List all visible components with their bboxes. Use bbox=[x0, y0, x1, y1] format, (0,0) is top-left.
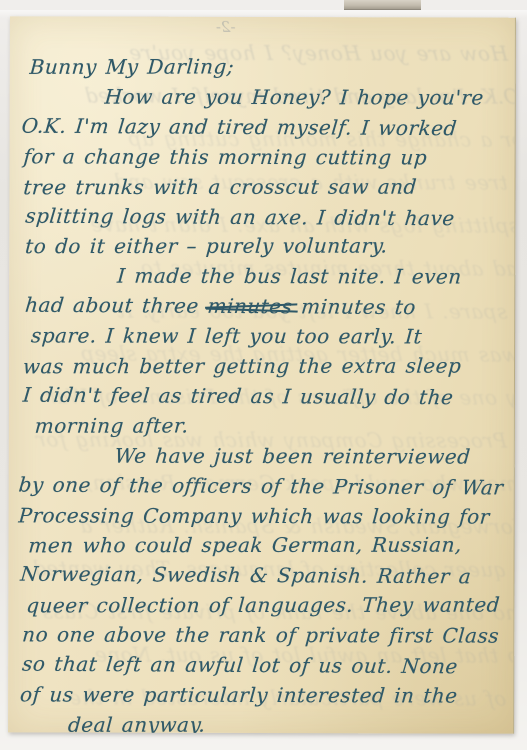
letter-line: We have just been reinterviewed bbox=[114, 443, 472, 468]
letter-line: for a change this morning cutting up bbox=[23, 144, 428, 169]
letter-line: queer collection of languages. They want… bbox=[26, 593, 501, 618]
letter-line: O.K. I'm lazy and tired myself. I worked bbox=[21, 113, 458, 140]
scan-background: How are you Honey? I hope you'reO.K. I'm… bbox=[0, 0, 527, 750]
letter-line: no one above the rank of private first C… bbox=[21, 622, 500, 647]
letter-line: had about three minutes minutes to bbox=[24, 293, 417, 319]
letter-line: deal anyway. bbox=[67, 712, 206, 733]
letter-line: to do it either – purely voluntary. bbox=[24, 234, 388, 259]
letter-line: of us were particularly interested in th… bbox=[19, 682, 458, 707]
letter-paper: How are you Honey? I hope you'reO.K. I'm… bbox=[8, 16, 516, 733]
letter-line: I didn't feel as tired as I usually do t… bbox=[22, 383, 455, 410]
letter-line: tree trunks with a crosscut saw and bbox=[23, 174, 418, 199]
letter-line: by one of the officers of the Prisoner o… bbox=[18, 472, 505, 499]
letter-line: spare. I knew I left you too early. It bbox=[30, 323, 423, 348]
letter-line: Processing Company which was looking for bbox=[18, 503, 491, 528]
letter-line: I made the bus last nite. I even bbox=[116, 264, 462, 289]
letter-line: men who could speak German, Russian, bbox=[28, 533, 463, 558]
letter-body: Bunny My Darling;How are you Honey? I ho… bbox=[8, 16, 515, 733]
letter-line: so that left an awful lot of us out. Non… bbox=[21, 652, 459, 679]
letter-line: Norwegian, Swedish & Spanish. Rather a bbox=[19, 562, 472, 589]
letter-line: Bunny My Darling; bbox=[29, 54, 235, 78]
letter-line: splitting logs with an axe. I didn't hav… bbox=[24, 203, 456, 230]
letter-line: morning after. bbox=[34, 413, 189, 437]
letter-line: How are you Honey? I hope you're bbox=[104, 84, 485, 109]
letter-line: was much better getting the extra sleep bbox=[22, 354, 462, 379]
crossed-out-word: minutes bbox=[207, 294, 294, 319]
adjacent-scan-item-edge bbox=[344, 0, 421, 10]
